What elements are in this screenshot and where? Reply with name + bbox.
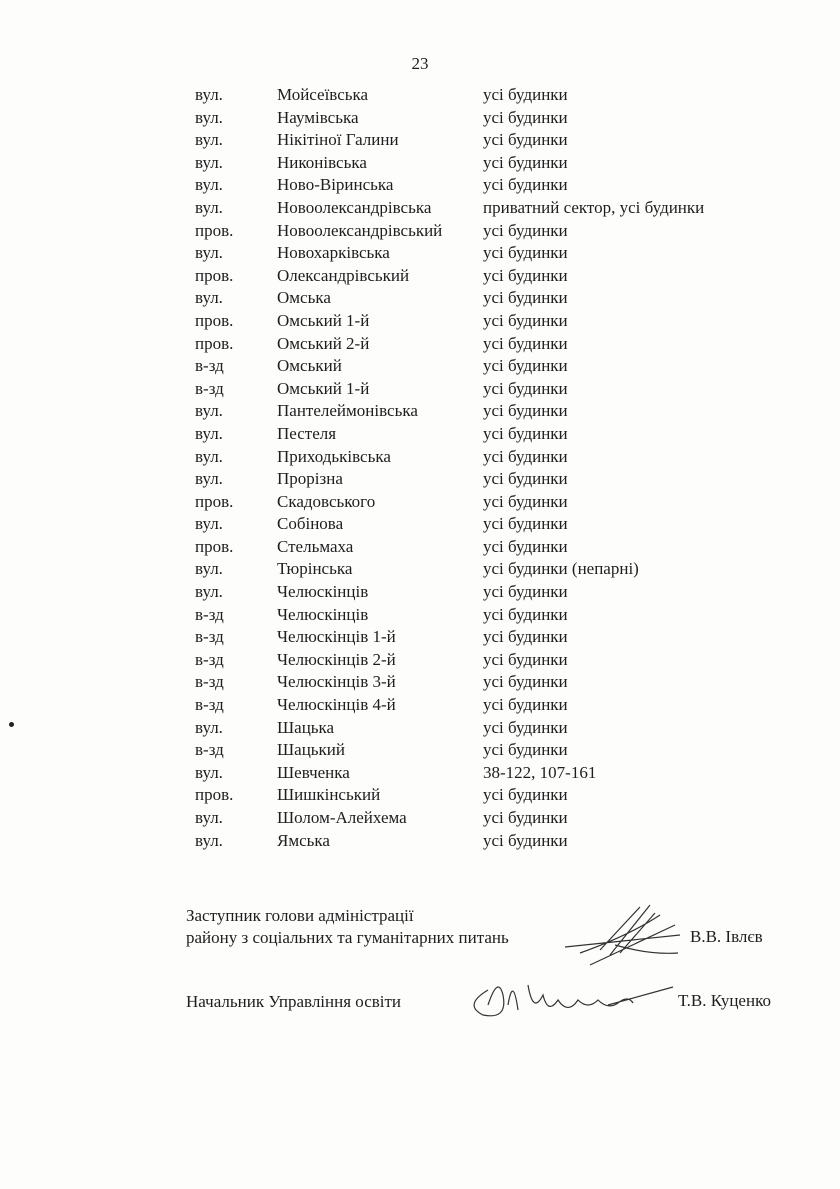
houses-range: усі будинки bbox=[483, 107, 568, 130]
street-name: Шацький bbox=[277, 739, 345, 762]
street-type: в-зд bbox=[195, 378, 224, 401]
deputy-title-line1: Заступник голови адміністрації bbox=[186, 905, 509, 927]
street-name: Пантелеймонівська bbox=[277, 400, 418, 423]
houses-range: усі будинки bbox=[483, 784, 568, 807]
street-name: Стельмаха bbox=[277, 536, 353, 559]
street-type: вул. bbox=[195, 807, 223, 830]
houses-range: усі будинки bbox=[483, 378, 568, 401]
houses-range: усі будинки bbox=[483, 400, 568, 423]
scan-speck bbox=[9, 722, 14, 727]
houses-range: усі будинки bbox=[483, 174, 568, 197]
street-name: Прорізна bbox=[277, 468, 343, 491]
street-type: пров. bbox=[195, 536, 233, 559]
street-type: вул. bbox=[195, 174, 223, 197]
street-type: в-зд bbox=[195, 355, 224, 378]
street-type: пров. bbox=[195, 310, 233, 333]
street-type: пров. bbox=[195, 784, 233, 807]
houses-range: усі будинки bbox=[483, 84, 568, 107]
street-type: вул. bbox=[195, 830, 223, 853]
street-name: Омський 2-й bbox=[277, 333, 369, 356]
street-name: Новоолександрівський bbox=[277, 220, 442, 243]
street-type: вул. bbox=[195, 717, 223, 740]
street-type: вул. bbox=[195, 400, 223, 423]
deputy-name: В.В. Івлєв bbox=[690, 927, 763, 947]
street-type: в-зд bbox=[195, 626, 224, 649]
houses-range: приватний сектор, усі будинки bbox=[483, 197, 704, 220]
houses-range: усі будинки bbox=[483, 671, 568, 694]
houses-range: усі будинки bbox=[483, 830, 568, 853]
houses-range: усі будинки bbox=[483, 310, 568, 333]
houses-range: усі будинки bbox=[483, 287, 568, 310]
street-type: в-зд bbox=[195, 671, 224, 694]
street-name: Ямська bbox=[277, 830, 330, 853]
street-name: Шолом-Алейхема bbox=[277, 807, 407, 830]
street-name: Челюскінців 2-й bbox=[277, 649, 396, 672]
deputy-title-line2: району з соціальних та гуманітарних пита… bbox=[186, 927, 509, 949]
street-name: Челюскінців 3-й bbox=[277, 671, 396, 694]
street-type: вул. bbox=[195, 84, 223, 107]
houses-range: усі будинки bbox=[483, 265, 568, 288]
street-type: вул. bbox=[195, 107, 223, 130]
street-name: Мойсеївська bbox=[277, 84, 368, 107]
street-name: Новохарківська bbox=[277, 242, 390, 265]
houses-range: усі будинки bbox=[483, 468, 568, 491]
street-name: Челюскінців bbox=[277, 604, 368, 627]
street-type: вул. bbox=[195, 287, 223, 310]
street-name: Омський 1-й bbox=[277, 378, 369, 401]
houses-range: усі будинки bbox=[483, 694, 568, 717]
street-name: Олександрівський bbox=[277, 265, 409, 288]
street-name: Челюскінців 4-й bbox=[277, 694, 396, 717]
street-type: вул. bbox=[195, 197, 223, 220]
signature-block-deputy: Заступник голови адміністрації району з … bbox=[186, 905, 509, 949]
page-number: 23 bbox=[0, 54, 840, 74]
street-name: Омський bbox=[277, 355, 342, 378]
street-type: пров. bbox=[195, 220, 233, 243]
houses-range: усі будинки bbox=[483, 717, 568, 740]
houses-range: усі будинки bbox=[483, 626, 568, 649]
deputy-signature bbox=[560, 895, 690, 970]
street-name: Наумівська bbox=[277, 107, 359, 130]
street-type: пров. bbox=[195, 333, 233, 356]
houses-range: усі будинки bbox=[483, 220, 568, 243]
street-type: в-зд bbox=[195, 694, 224, 717]
street-type: вул. bbox=[195, 581, 223, 604]
street-name: Скадовського bbox=[277, 491, 375, 514]
street-name: Приходьківська bbox=[277, 446, 391, 469]
street-type: в-зд bbox=[195, 739, 224, 762]
head-signature bbox=[458, 965, 678, 1025]
street-type: вул. bbox=[195, 423, 223, 446]
houses-range: усі будинки bbox=[483, 536, 568, 559]
houses-range: усі будинки bbox=[483, 581, 568, 604]
street-name: Шацька bbox=[277, 717, 334, 740]
street-name: Нікітіної Галини bbox=[277, 129, 399, 152]
houses-range: усі будинки bbox=[483, 491, 568, 514]
street-name: Шевченка bbox=[277, 762, 350, 785]
street-name: Омський 1-й bbox=[277, 310, 369, 333]
street-type: вул. bbox=[195, 762, 223, 785]
street-type: вул. bbox=[195, 558, 223, 581]
street-type: вул. bbox=[195, 242, 223, 265]
houses-range: усі будинки bbox=[483, 423, 568, 446]
street-type: вул. bbox=[195, 513, 223, 536]
street-type: вул. bbox=[195, 152, 223, 175]
street-type: вул. bbox=[195, 446, 223, 469]
houses-range: усі будинки bbox=[483, 513, 568, 536]
street-name: Новоолександрівська bbox=[277, 197, 431, 220]
street-type: в-зд bbox=[195, 604, 224, 627]
street-name: Ново-Віринська bbox=[277, 174, 393, 197]
street-name: Шишкінський bbox=[277, 784, 380, 807]
houses-range: усі будинки bbox=[483, 152, 568, 175]
houses-range: усі будинки bbox=[483, 333, 568, 356]
street-name: Собінова bbox=[277, 513, 343, 536]
head-name: Т.В. Куценко bbox=[678, 991, 771, 1011]
street-type: пров. bbox=[195, 265, 233, 288]
houses-range: усі будинки bbox=[483, 129, 568, 152]
street-name: Тюрінська bbox=[277, 558, 352, 581]
street-name: Омська bbox=[277, 287, 331, 310]
street-name: Пестеля bbox=[277, 423, 336, 446]
houses-range: усі будинки bbox=[483, 355, 568, 378]
signature-block-head: Начальник Управління освіти bbox=[186, 991, 401, 1013]
street-type: вул. bbox=[195, 468, 223, 491]
houses-range: усі будинки bbox=[483, 739, 568, 762]
houses-range: 38-122, 107-161 bbox=[483, 762, 596, 785]
street-name: Никонівська bbox=[277, 152, 367, 175]
street-name: Челюскінців 1-й bbox=[277, 626, 396, 649]
houses-range: усі будинки (непарні) bbox=[483, 558, 639, 581]
street-name: Челюскінців bbox=[277, 581, 368, 604]
head-title: Начальник Управління освіти bbox=[186, 991, 401, 1013]
houses-range: усі будинки bbox=[483, 807, 568, 830]
houses-range: усі будинки bbox=[483, 604, 568, 627]
houses-range: усі будинки bbox=[483, 649, 568, 672]
houses-range: усі будинки bbox=[483, 242, 568, 265]
street-type: пров. bbox=[195, 491, 233, 514]
street-type: вул. bbox=[195, 129, 223, 152]
street-type: в-зд bbox=[195, 649, 224, 672]
houses-range: усі будинки bbox=[483, 446, 568, 469]
